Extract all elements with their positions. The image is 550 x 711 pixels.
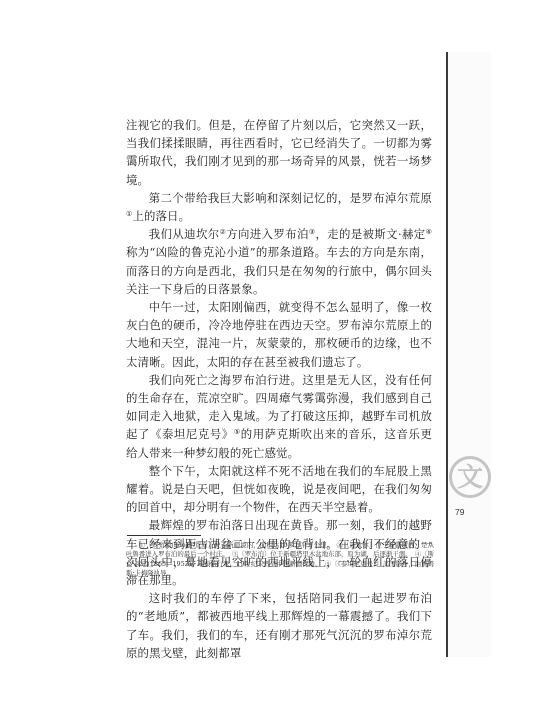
margin-panel <box>448 52 491 657</box>
footnote-text: ①〔罗布淖(nào)尔荒原〕位于新疆境内，面积达10多万平方公里。 ②〔迪坎尔〕… <box>126 541 434 579</box>
paragraph: 中午一过，太阳刚偏西，就变得不怎么显明了，像一枚灰白色的硬币，冷冷地停驻在西边天… <box>126 298 432 371</box>
book-page: 注视它的我们。但是，在停留了片刻以后，它突然又一跃，当我们揉揉眼睛，再往西看时，… <box>0 0 550 711</box>
paragraph: 注视它的我们。但是，在停留了片刻以后，它突然又一跃，当我们揉揉眼睛，再往西看时，… <box>126 116 432 189</box>
paragraph: 这时我们的车停了下来，包括陪同我们一起进罗布泊的“老地质”，都被西地平线上那辉煌… <box>126 589 432 662</box>
paragraph: 第二个带给我巨大影响和深刻记忆的，是罗布淖尔荒原①上的落日。 <box>126 189 432 225</box>
footnote-rule <box>127 535 201 536</box>
footnote-marker: ⑤ <box>234 428 241 436</box>
footnote-marker: ③ <box>309 228 316 236</box>
paragraph: 我们从迪坎尔②方向进入罗布泊③，走的是被斯文·赫定④称为“凶险的鲁克沁小道”的那… <box>126 225 432 298</box>
page-number: 79 <box>455 507 464 517</box>
paragraph: 我们向死亡之海罗布泊行进。这里是无人区，没有任何的生命存在，荒凉空旷。四周瘴气雾… <box>126 371 432 462</box>
vertical-rule <box>446 52 448 657</box>
footnote-marker: ④ <box>426 228 432 236</box>
paragraph: 整个下午，太阳就这样不死不活地在我们的车屁股上黑耀着。说是白天吧，但恍如夜晚，说… <box>126 462 432 517</box>
footnote-marker: ② <box>220 228 227 236</box>
footnote-marker: ① <box>126 210 132 218</box>
logo-character: 文 <box>457 463 483 493</box>
wen-character-seal-icon: 文 <box>448 455 491 499</box>
body-text: 注视它的我们。但是，在停留了片刻以后，它突然又一跃，当我们揉揉眼睛，再往西看时，… <box>126 116 432 662</box>
footnotes: ①〔罗布淖(nào)尔荒原〕位于新疆境内，面积达10多万平方公里。 ②〔迪坎尔〕… <box>126 541 434 579</box>
